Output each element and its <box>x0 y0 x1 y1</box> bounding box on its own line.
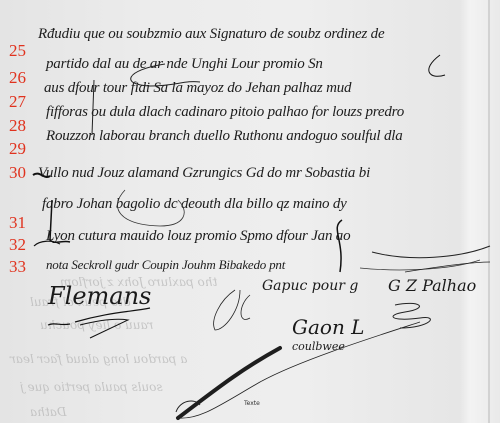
pen-flourishes <box>0 0 500 423</box>
manuscript-page: tho paxluro Johx z jorflom dto peux ol f… <box>0 0 500 423</box>
